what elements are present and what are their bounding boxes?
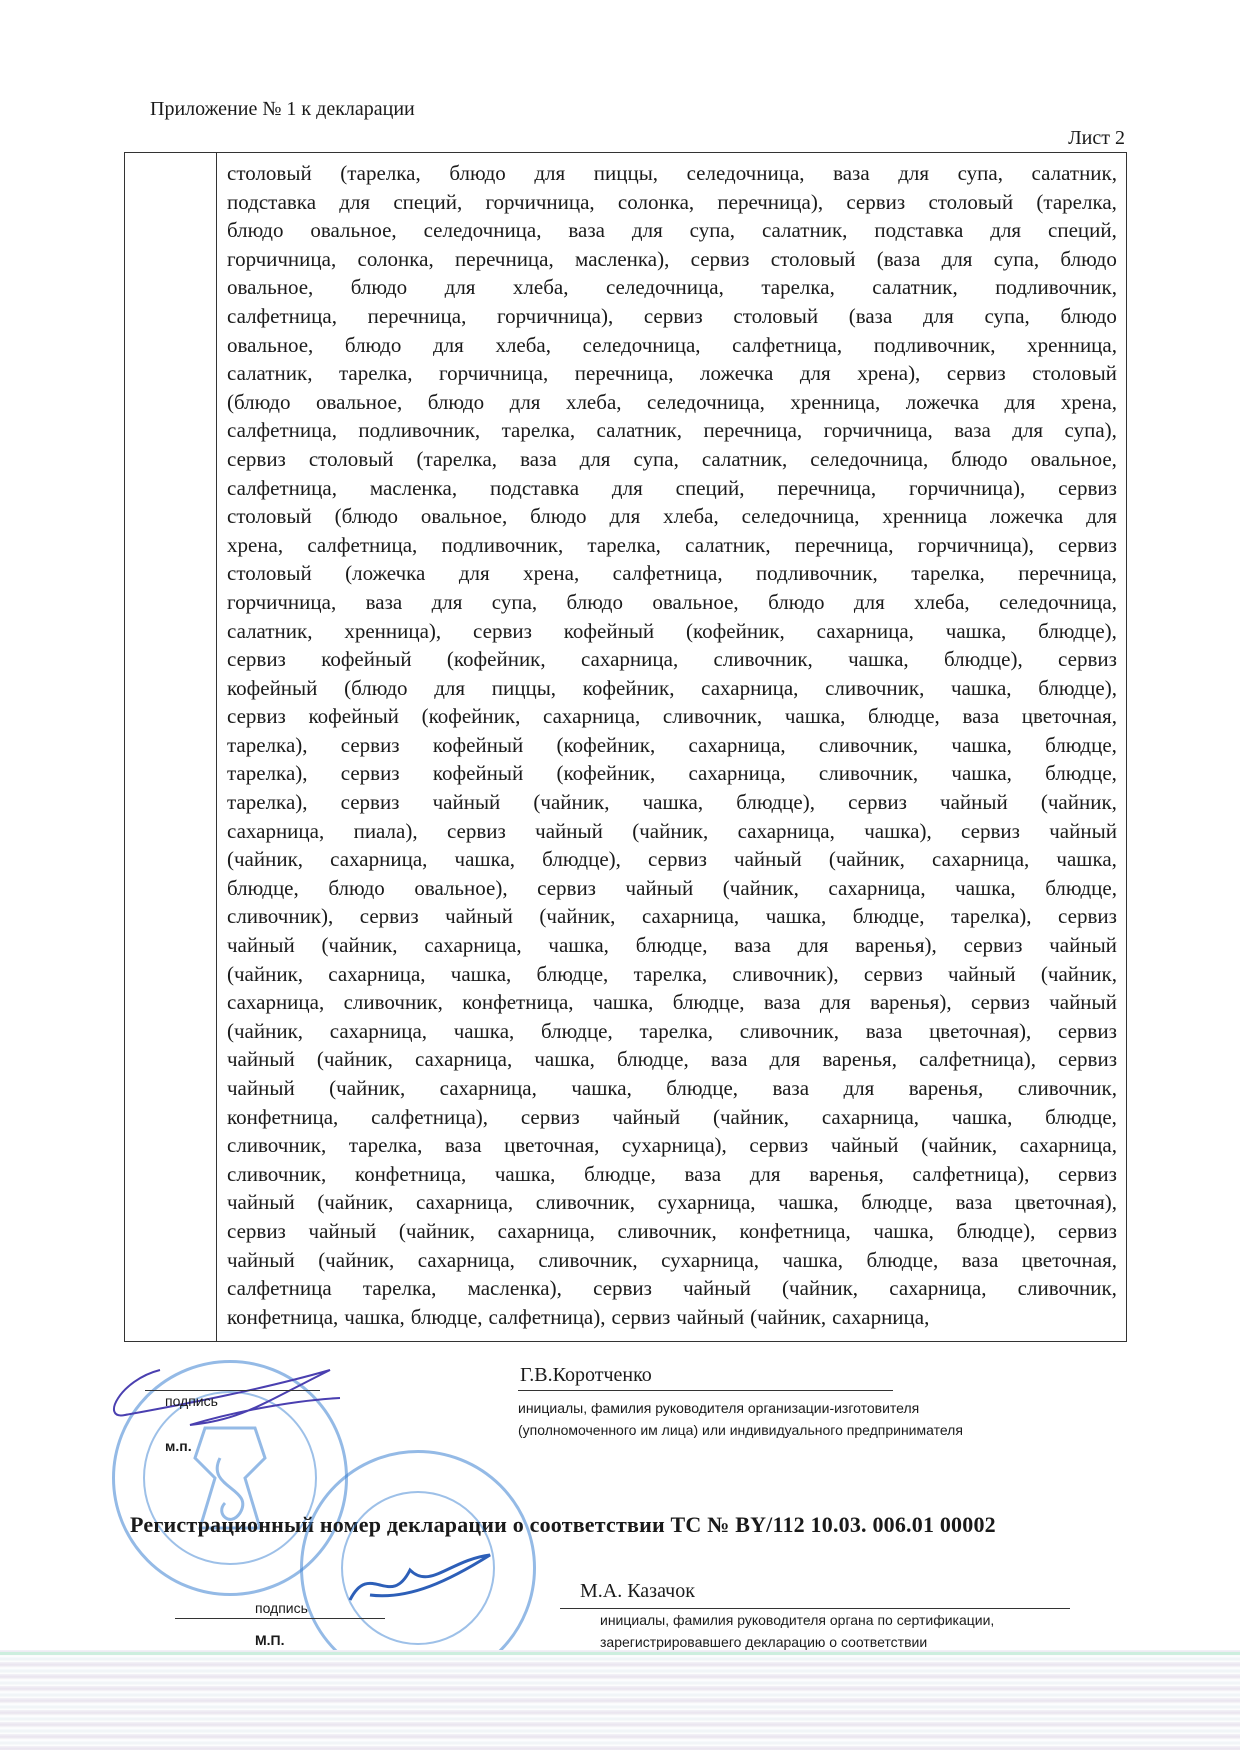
- text-line: сервизстоловый(тарелка,вазадлясупа,салат…: [227, 445, 1117, 474]
- text-line: столовый(ложечкадляхрена,салфетница,подл…: [227, 559, 1117, 588]
- text-line: чайный(чайник,сахарница,чашка,блюдце,ваз…: [227, 1045, 1117, 1074]
- manufacturer-caption-1: инициалы, фамилия руководителя организац…: [518, 1400, 919, 1416]
- manufacturer-head-name: Г.В.Коротченко: [520, 1364, 652, 1387]
- text-line: салфетница,подливочник,тарелка,салатник,…: [227, 416, 1117, 445]
- scan-artifact-line: [0, 1652, 1240, 1655]
- text-line: блюдце,блюдоовальное),сервизчайный(чайни…: [227, 874, 1117, 903]
- certification-seal-label: М.П.: [255, 1632, 285, 1648]
- product-table: столовый(тарелка,блюдодляпиццы,селедочни…: [124, 152, 1127, 1342]
- text-line: салфетницатарелка,масленка),сервизчайный…: [227, 1274, 1117, 1303]
- text-line: овальное,блюдодляхлеба,селедочница,тарел…: [227, 273, 1117, 302]
- text-line: сервизкофейный(кофейник,сахарница,сливоч…: [227, 645, 1117, 674]
- text-line: салатник,тарелка,горчичница,перечница,ло…: [227, 359, 1117, 388]
- text-line: горчичница,солонка,перечница,масленка),с…: [227, 245, 1117, 274]
- text-line: тарелка),сервизкофейный(кофейник,сахарни…: [227, 731, 1117, 760]
- manufacturer-caption-2: (уполномоченного им лица) или индивидуал…: [518, 1422, 963, 1438]
- text-line: чайный(чайник,сахарница,чашка,блюдце,ваз…: [227, 931, 1117, 960]
- sheet-label: Лист 2: [1068, 127, 1125, 150]
- text-line: чайный(чайник,сахарница,чашка,блюдце,ваз…: [227, 1074, 1117, 1103]
- scan-artifact: [0, 1650, 1240, 1750]
- text-line: салатник,хренница),сервизкофейный(кофейн…: [227, 617, 1117, 646]
- registration-number: Регистрационный номер декларации о соотв…: [130, 1512, 996, 1538]
- manufacturer-name-line: [518, 1390, 893, 1391]
- text-line: чайный(чайник,сахарница,сливочник,сухарн…: [227, 1188, 1117, 1217]
- text-line: подставкадляспеций,горчичница,солонка,пе…: [227, 188, 1117, 217]
- text-line: сливочник,конфетница,чашка,блюдце,вазадл…: [227, 1160, 1117, 1189]
- certification-signature-line: [175, 1618, 385, 1619]
- text-line: чайный(чайник,сахарница,сливочник,сухарн…: [227, 1246, 1117, 1275]
- text-line: столовый(тарелка,блюдодляпиццы,селедочни…: [227, 159, 1117, 188]
- text-line: тарелка),сервизчайный(чайник,чашка,блюдц…: [227, 788, 1117, 817]
- text-line: тарелка),сервизкофейный(кофейник,сахарни…: [227, 759, 1117, 788]
- certification-head-name: М.А. Казачок: [580, 1580, 695, 1603]
- text-line: конфетница,салфетница),сервизчайный(чайн…: [227, 1103, 1117, 1132]
- text-line: конфетница,чашка,блюдце,салфетница),серв…: [227, 1303, 1117, 1332]
- text-line: столовый(блюдоовальное,блюдодляхлеба,сел…: [227, 502, 1117, 531]
- annex-title: Приложение № 1 к декларации: [150, 98, 415, 121]
- certification-caption-2: зарегистрировавшего декларацию о соответ…: [600, 1634, 927, 1650]
- certification-signature-label: подпись: [255, 1600, 308, 1616]
- manufacturer-signature-line: [145, 1390, 320, 1391]
- text-line: сервизкофейный(кофейник,сахарница,сливоч…: [227, 702, 1117, 731]
- text-line: (чайник,сахарница,чашка,блюдце,тарелка,с…: [227, 960, 1117, 989]
- text-line: сервизчайный(чайник,сахарница,сливочник,…: [227, 1217, 1117, 1246]
- manufacturer-signature-scribble: [100, 1350, 430, 1460]
- table-left-column: [125, 153, 217, 1341]
- text-line: сливочник,тарелка,вазацветочная,сухарниц…: [227, 1131, 1117, 1160]
- text-line: сахарница,пиала),сервизчайный(чайник,сах…: [227, 817, 1117, 846]
- certification-name-line: [560, 1608, 1070, 1609]
- manufacturer-seal-label: м.п.: [165, 1438, 192, 1454]
- text-line: сливочник),сервизчайный(чайник,сахарница…: [227, 902, 1117, 931]
- certification-signature-scribble: [330, 1540, 510, 1620]
- text-line: (блюдоовальное,блюдодляхлеба,селедочница…: [227, 388, 1117, 417]
- text-line: кофейный(блюдодляпиццы,кофейник,сахарниц…: [227, 674, 1117, 703]
- text-line: (чайник,сахарница,чашка,блюдце,тарелка,с…: [227, 1017, 1117, 1046]
- text-line: сахарница,сливочник,конфетница,чашка,блю…: [227, 988, 1117, 1017]
- product-list-text: столовый(тарелка,блюдодляпиццы,селедочни…: [227, 159, 1117, 1331]
- text-line: салфетница,перечница,горчичница),сервизс…: [227, 302, 1117, 331]
- text-line: (чайник,сахарница,чашка,блюдце),сервизча…: [227, 845, 1117, 874]
- manufacturer-signature-label: подпись: [165, 1393, 218, 1409]
- text-line: овальное,блюдодляхлеба,селедочница,салфе…: [227, 331, 1117, 360]
- text-line: блюдоовальное,селедочница,вазадлясупа,са…: [227, 216, 1117, 245]
- certification-caption-1: инициалы, фамилия руководителя органа по…: [600, 1612, 994, 1628]
- text-line: салфетница,масленка,подставкадляспеций,п…: [227, 474, 1117, 503]
- text-line: горчичница,вазадлясупа,блюдоовальное,блю…: [227, 588, 1117, 617]
- text-line: хрена,салфетница,подливочник,тарелка,сал…: [227, 531, 1117, 560]
